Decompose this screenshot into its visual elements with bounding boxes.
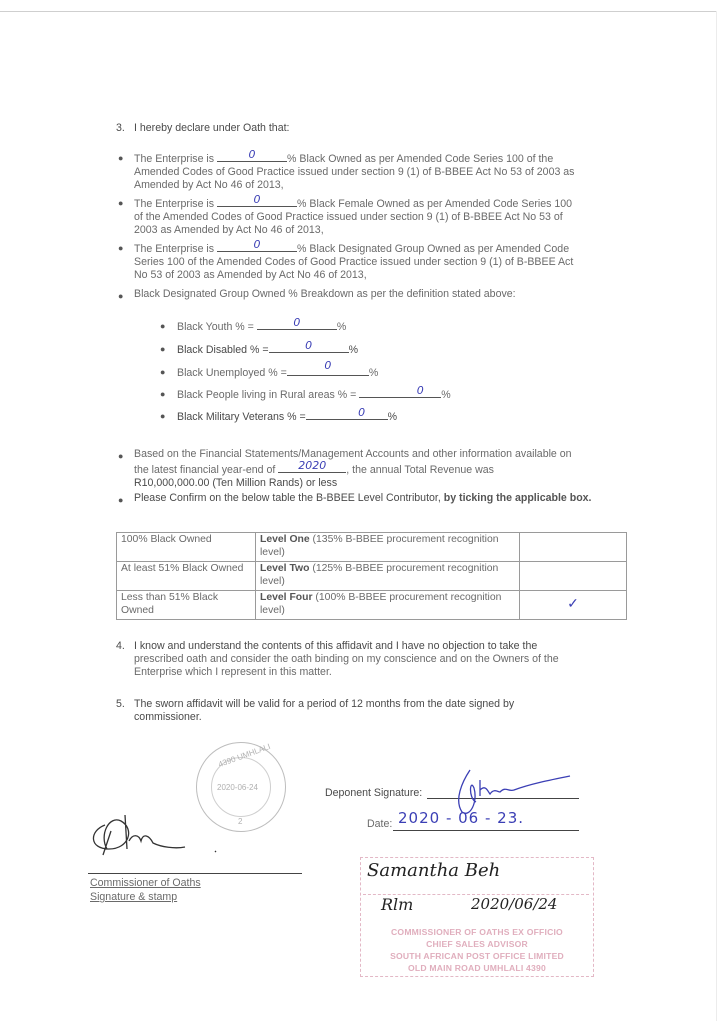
bullet-icon: ● xyxy=(160,343,165,356)
level-cell: Level One (135% B-BBEE procurement recog… xyxy=(256,533,520,562)
designated-group-owned-field[interactable]: 0 xyxy=(217,240,297,252)
bullet-icon: ● xyxy=(118,290,123,303)
section-5-text: The sworn affidavit will be valid for a … xyxy=(134,698,614,724)
black-unemployed-field[interactable]: 0 xyxy=(287,364,369,376)
page-right-edge xyxy=(716,11,717,1021)
commissioner-signature-line[interactable] xyxy=(88,873,302,874)
table-row: 100% Black Owned Level One (135% B-BBEE … xyxy=(117,533,627,562)
black-military-veterans-row: Black Military Veterans % =0% xyxy=(177,408,397,424)
bbbee-level-table: 100% Black Owned Level One (135% B-BBEE … xyxy=(116,532,627,620)
bullet-icon: ● xyxy=(118,152,123,165)
ownership-cell: Less than 51% Black Owned xyxy=(117,591,256,620)
black-female-owned-field[interactable]: 0 xyxy=(217,195,297,207)
stamp-initials: Rlm xyxy=(381,898,413,911)
confirm-instruction: Please Confirm on the below table the B-… xyxy=(134,492,614,505)
bullet-icon: ● xyxy=(118,450,123,463)
deponent-date-label: Date: xyxy=(367,818,392,831)
level-cell: Level Four (100% B-BBEE procurement reco… xyxy=(256,591,520,620)
black-rural-field[interactable]: 0 xyxy=(359,386,441,398)
ownership-cell: 100% Black Owned xyxy=(117,533,256,562)
declaration-black-owned: The Enterprise is 0% Black Owned as per … xyxy=(134,150,594,192)
black-youth-field[interactable]: 0 xyxy=(257,318,337,330)
ownership-cell: At least 51% Black Owned xyxy=(117,562,256,591)
commissioner-signature-icon xyxy=(85,805,235,865)
black-disabled-field[interactable]: 0 xyxy=(269,341,349,353)
tick-box[interactable] xyxy=(520,562,627,591)
commissioner-box-stamp: Samantha Beh Rlm 2020/06/24 COMMISSIONER… xyxy=(360,857,594,977)
bullet-icon: ● xyxy=(118,494,123,507)
section-3-number: 3. xyxy=(116,122,125,135)
tick-box[interactable]: ✓ xyxy=(520,591,627,620)
black-unemployed-row: Black Unemployed % =0% xyxy=(177,364,378,380)
table-row: Less than 51% Black Owned Level Four (10… xyxy=(117,591,627,620)
declaration-black-female-owned: The Enterprise is 0% Black Female Owned … xyxy=(134,195,594,237)
declaration-designated-group-owned: The Enterprise is 0% Black Designated Gr… xyxy=(134,240,594,282)
section-4-text: I know and understand the contents of th… xyxy=(134,640,614,679)
tick-box[interactable] xyxy=(520,533,627,562)
section-5-number: 5. xyxy=(116,698,125,711)
section-3-heading: I hereby declare under Oath that: xyxy=(134,122,289,135)
bullet-icon: ● xyxy=(160,320,165,333)
black-military-veterans-field[interactable]: 0 xyxy=(306,408,388,420)
deponent-date-value[interactable]: 2020 - 06 - 23. xyxy=(398,812,524,825)
breakdown-heading: Black Designated Group Owned % Breakdown… xyxy=(134,288,594,301)
bullet-icon: ● xyxy=(160,410,165,423)
black-disabled-row: Black Disabled % =0% xyxy=(177,341,358,357)
financial-year-field[interactable]: 2020 xyxy=(278,461,346,473)
black-owned-field[interactable]: 0 xyxy=(217,150,287,162)
deponent-date-line xyxy=(393,830,579,831)
stamp-date: 2020/06/24 xyxy=(471,898,557,911)
table-row: At least 51% Black Owned Level Two (125%… xyxy=(117,562,627,591)
black-rural-row: Black People living in Rural areas % = 0… xyxy=(177,386,451,402)
section-4-number: 4. xyxy=(116,640,125,653)
bullet-icon: ● xyxy=(118,242,123,255)
stamp-signature-name: Samantha Beh xyxy=(367,864,500,877)
commissioner-label: Commissioner of Oaths xyxy=(90,877,201,890)
commissioner-sublabel: Signature & stamp xyxy=(90,891,177,904)
financial-statement: Based on the Financial Statements/Manage… xyxy=(134,448,614,490)
level-cell: Level Two (125% B-BBEE procurement recog… xyxy=(256,562,520,591)
bullet-icon: ● xyxy=(118,197,123,210)
deponent-signature-label: Deponent Signature: xyxy=(325,787,422,800)
bullet-icon: ● xyxy=(160,366,165,379)
bullet-icon: ● xyxy=(160,388,165,401)
black-youth-row: Black Youth % = 0% xyxy=(177,318,346,334)
tick-icon: ✓ xyxy=(567,595,579,611)
page-top-edge xyxy=(0,11,716,12)
